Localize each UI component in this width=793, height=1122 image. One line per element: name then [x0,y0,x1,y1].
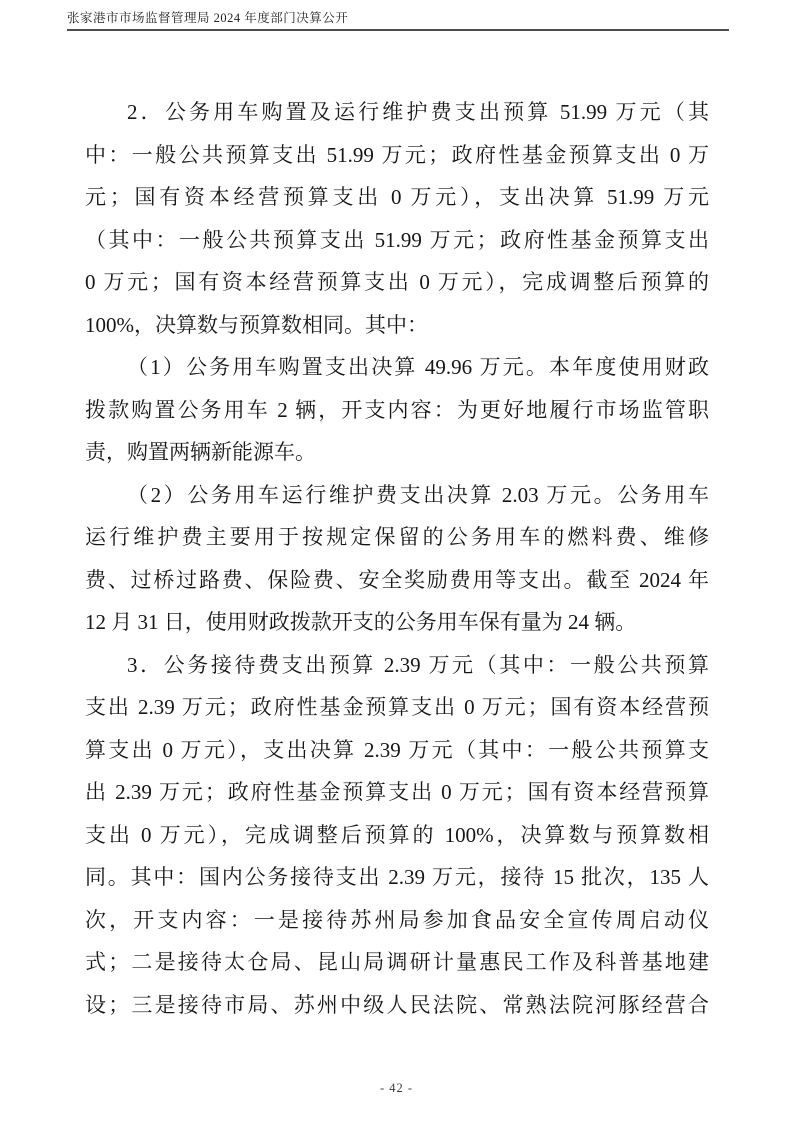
text-line: 算支出 0 万元），支出决算 2.39 万元（其中：一般公共预算支 [85,729,709,772]
page-header: 张家港市市场监督管理局 2024 年度部门决算公开 [67,10,729,31]
text-line: 责，购置两辆新能源车。 [85,431,709,474]
text-line: 式；二是接待太仓局、昆山局调研计量惠民工作及科普基地建 [85,941,709,984]
document-page: 张家港市市场监督管理局 2024 年度部门决算公开 2．公务用车购置及运行维护费… [0,0,793,1122]
text-line: 100%，决算数与预算数相同。其中： [85,304,709,347]
text-line: 运行维护费主要用于按规定保留的公务用车的燃料费、维修 [85,516,709,559]
page-footer: - 42 - [0,1079,793,1097]
text-line: 支出 0 万元），完成调整后预算的 100%，决算数与预算数相 [85,814,709,857]
text-line: 12 月 31 日，使用财政拨款开支的公务用车保有量为 24 辆。 [85,601,709,644]
header-title: 张家港市市场监督管理局 2024 年度部门决算公开 [67,10,729,27]
text-line: 0 万元；国有资本经营预算支出 0 万元），完成调整后预算的 [85,261,709,304]
text-line: 费、过桥过路费、保险费、安全奖励费用等支出。截至 2024 年 [85,559,709,602]
page-number: - 42 - [380,1081,413,1095]
text-line: 同。其中：国内公务接待支出 2.39 万元，接待 15 批次，135 人 [85,856,709,899]
text-line: 设；三是接待市局、苏州中级人民法院、常熟法院河豚经营合 [85,984,709,1027]
text-line: 中：一般公共预算支出 51.99 万元；政府性基金预算支出 0 万 [85,134,709,177]
header-rule [67,29,729,31]
text-line: （1）公务用车购置支出决算 49.96 万元。本年度使用财政 [85,346,709,389]
text-line: 次，开支内容：一是接待苏州局参加食品安全宣传周启动仪 [85,899,709,942]
text-line: （其中：一般公共预算支出 51.99 万元；政府性基金预算支出 [85,219,709,262]
text-line: 元；国有资本经营预算支出 0 万元），支出决算 51.99 万元 [85,176,709,219]
text-line: 2．公务用车购置及运行维护费支出预算 51.99 万元（其 [85,91,709,134]
text-line: 出 2.39 万元；政府性基金预算支出 0 万元；国有资本经营预算 [85,771,709,814]
document-body: 2．公务用车购置及运行维护费支出预算 51.99 万元（其中：一般公共预算支出 … [85,91,709,1026]
text-line: 拨款购置公务用车 2 辆，开支内容：为更好地履行市场监管职 [85,389,709,432]
text-line: 3．公务接待费支出预算 2.39 万元（其中：一般公共预算 [85,644,709,687]
text-line: （2）公务用车运行维护费支出决算 2.03 万元。公务用车 [85,474,709,517]
text-line: 支出 2.39 万元；政府性基金预算支出 0 万元；国有资本经营预 [85,686,709,729]
